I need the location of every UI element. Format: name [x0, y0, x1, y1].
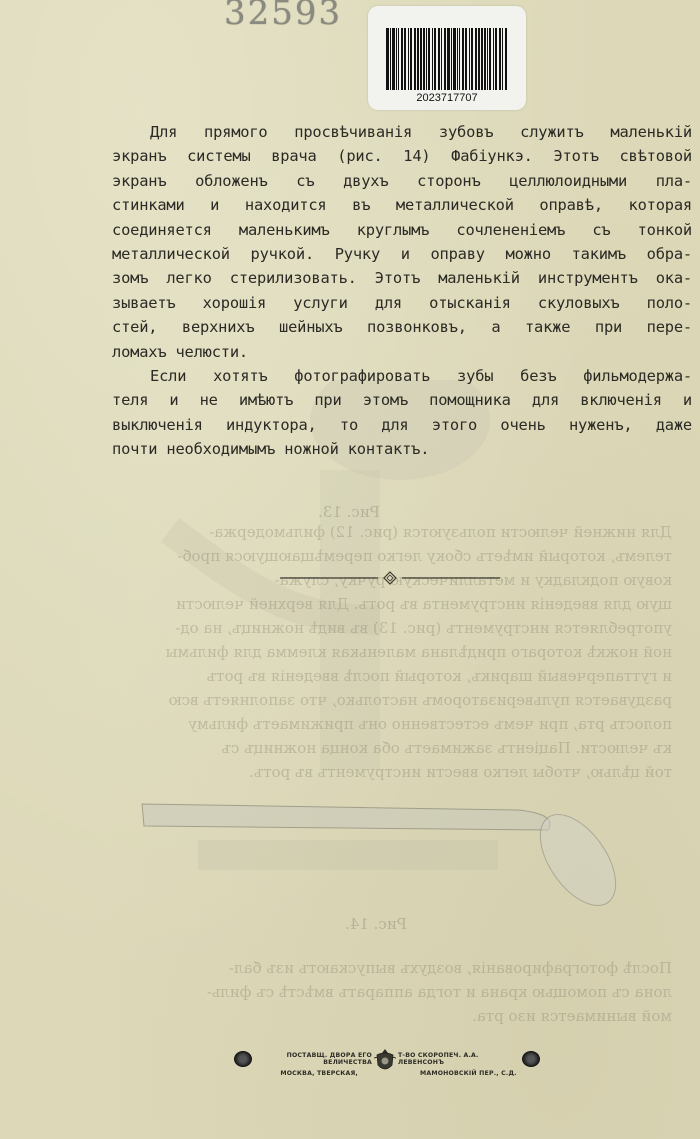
- text-line: теля и не имѣютъ при этомъ помощника для…: [112, 388, 692, 412]
- text-line: Если хотятъ фотографировать зубы безъ фи…: [112, 364, 692, 388]
- imprint-left-line2: МОСКВА, ТВЕРСКАЯ,: [254, 1070, 372, 1077]
- text-line: зомъ легко стерилизовать. Этотъ маленькі…: [112, 266, 692, 290]
- imprint-right: Т-ВО СКОРОПЕЧ. А.А. ЛЕВЕНСОНЪ МАМОНОВСКІ…: [398, 1052, 520, 1077]
- barcode-label: 2023717707: [368, 6, 526, 110]
- medal-icon: [234, 1051, 252, 1067]
- body-text: Для прямого просвѣчиванія зубовъ служитъ…: [112, 120, 692, 462]
- text-line: экранъ системы врача (рис. 14) Фабіункэ.…: [112, 144, 692, 168]
- ghost-caption-bottom: Рис. 14.: [345, 915, 407, 933]
- text-line: Для прямого просвѣчиванія зубовъ служитъ…: [112, 120, 692, 144]
- text-line: ломахъ челюсти.: [112, 340, 692, 364]
- document-page: Рис. 13. Рис. 14. Для нижней челюсти пол…: [0, 0, 700, 1139]
- text-line: стинками и находится въ металлической оп…: [112, 193, 692, 217]
- printer-imprint: ПОСТАВЩ. ДВОРА ЕГО ВЕЛИЧЕСТВА МОСКВА, ТВ…: [234, 1048, 540, 1074]
- text-line: выключенія индуктора, то для этого очень…: [112, 413, 692, 437]
- text-line: зываетъ хорошія услуги для отысканія ску…: [112, 291, 692, 315]
- imprint-left-line1: ПОСТАВЩ. ДВОРА ЕГО ВЕЛИЧЕСТВА: [287, 1052, 372, 1066]
- imprint-right-line1: Т-ВО СКОРОПЕЧ. А.А. ЛЕВЕНСОНЪ: [398, 1052, 479, 1066]
- barcode-number: 2023717707: [368, 92, 526, 104]
- medal-icon: [522, 1051, 540, 1067]
- text-line: стей, верхнихъ шейныхъ позвонковъ, а так…: [112, 315, 692, 339]
- ghost-caption-top: Рис. 13.: [318, 503, 380, 521]
- inventory-number-stamp: 32593: [224, 0, 342, 30]
- ghost-instrument: [138, 800, 628, 910]
- text-line: экранъ обложенъ съ двухъ сторонъ целлюло…: [112, 169, 692, 193]
- imprint-left: ПОСТАВЩ. ДВОРА ЕГО ВЕЛИЧЕСТВА МОСКВА, ТВ…: [254, 1052, 372, 1077]
- imprint-right-line2: МАМОНОВСКІЙ ПЕР., С.Д.: [398, 1070, 520, 1077]
- coat-of-arms-icon: [374, 1048, 396, 1074]
- ghost-illustration-mid: [130, 470, 470, 790]
- text-line: соединяется маленькимъ круглымъ сочленен…: [112, 218, 692, 242]
- text-line: почти необходимымъ ножной контактъ.: [112, 437, 692, 461]
- ornament-divider: [278, 571, 502, 585]
- text-line: металлической ручкой. Ручку и оправу мож…: [112, 242, 692, 266]
- barcode-icon: [386, 28, 508, 90]
